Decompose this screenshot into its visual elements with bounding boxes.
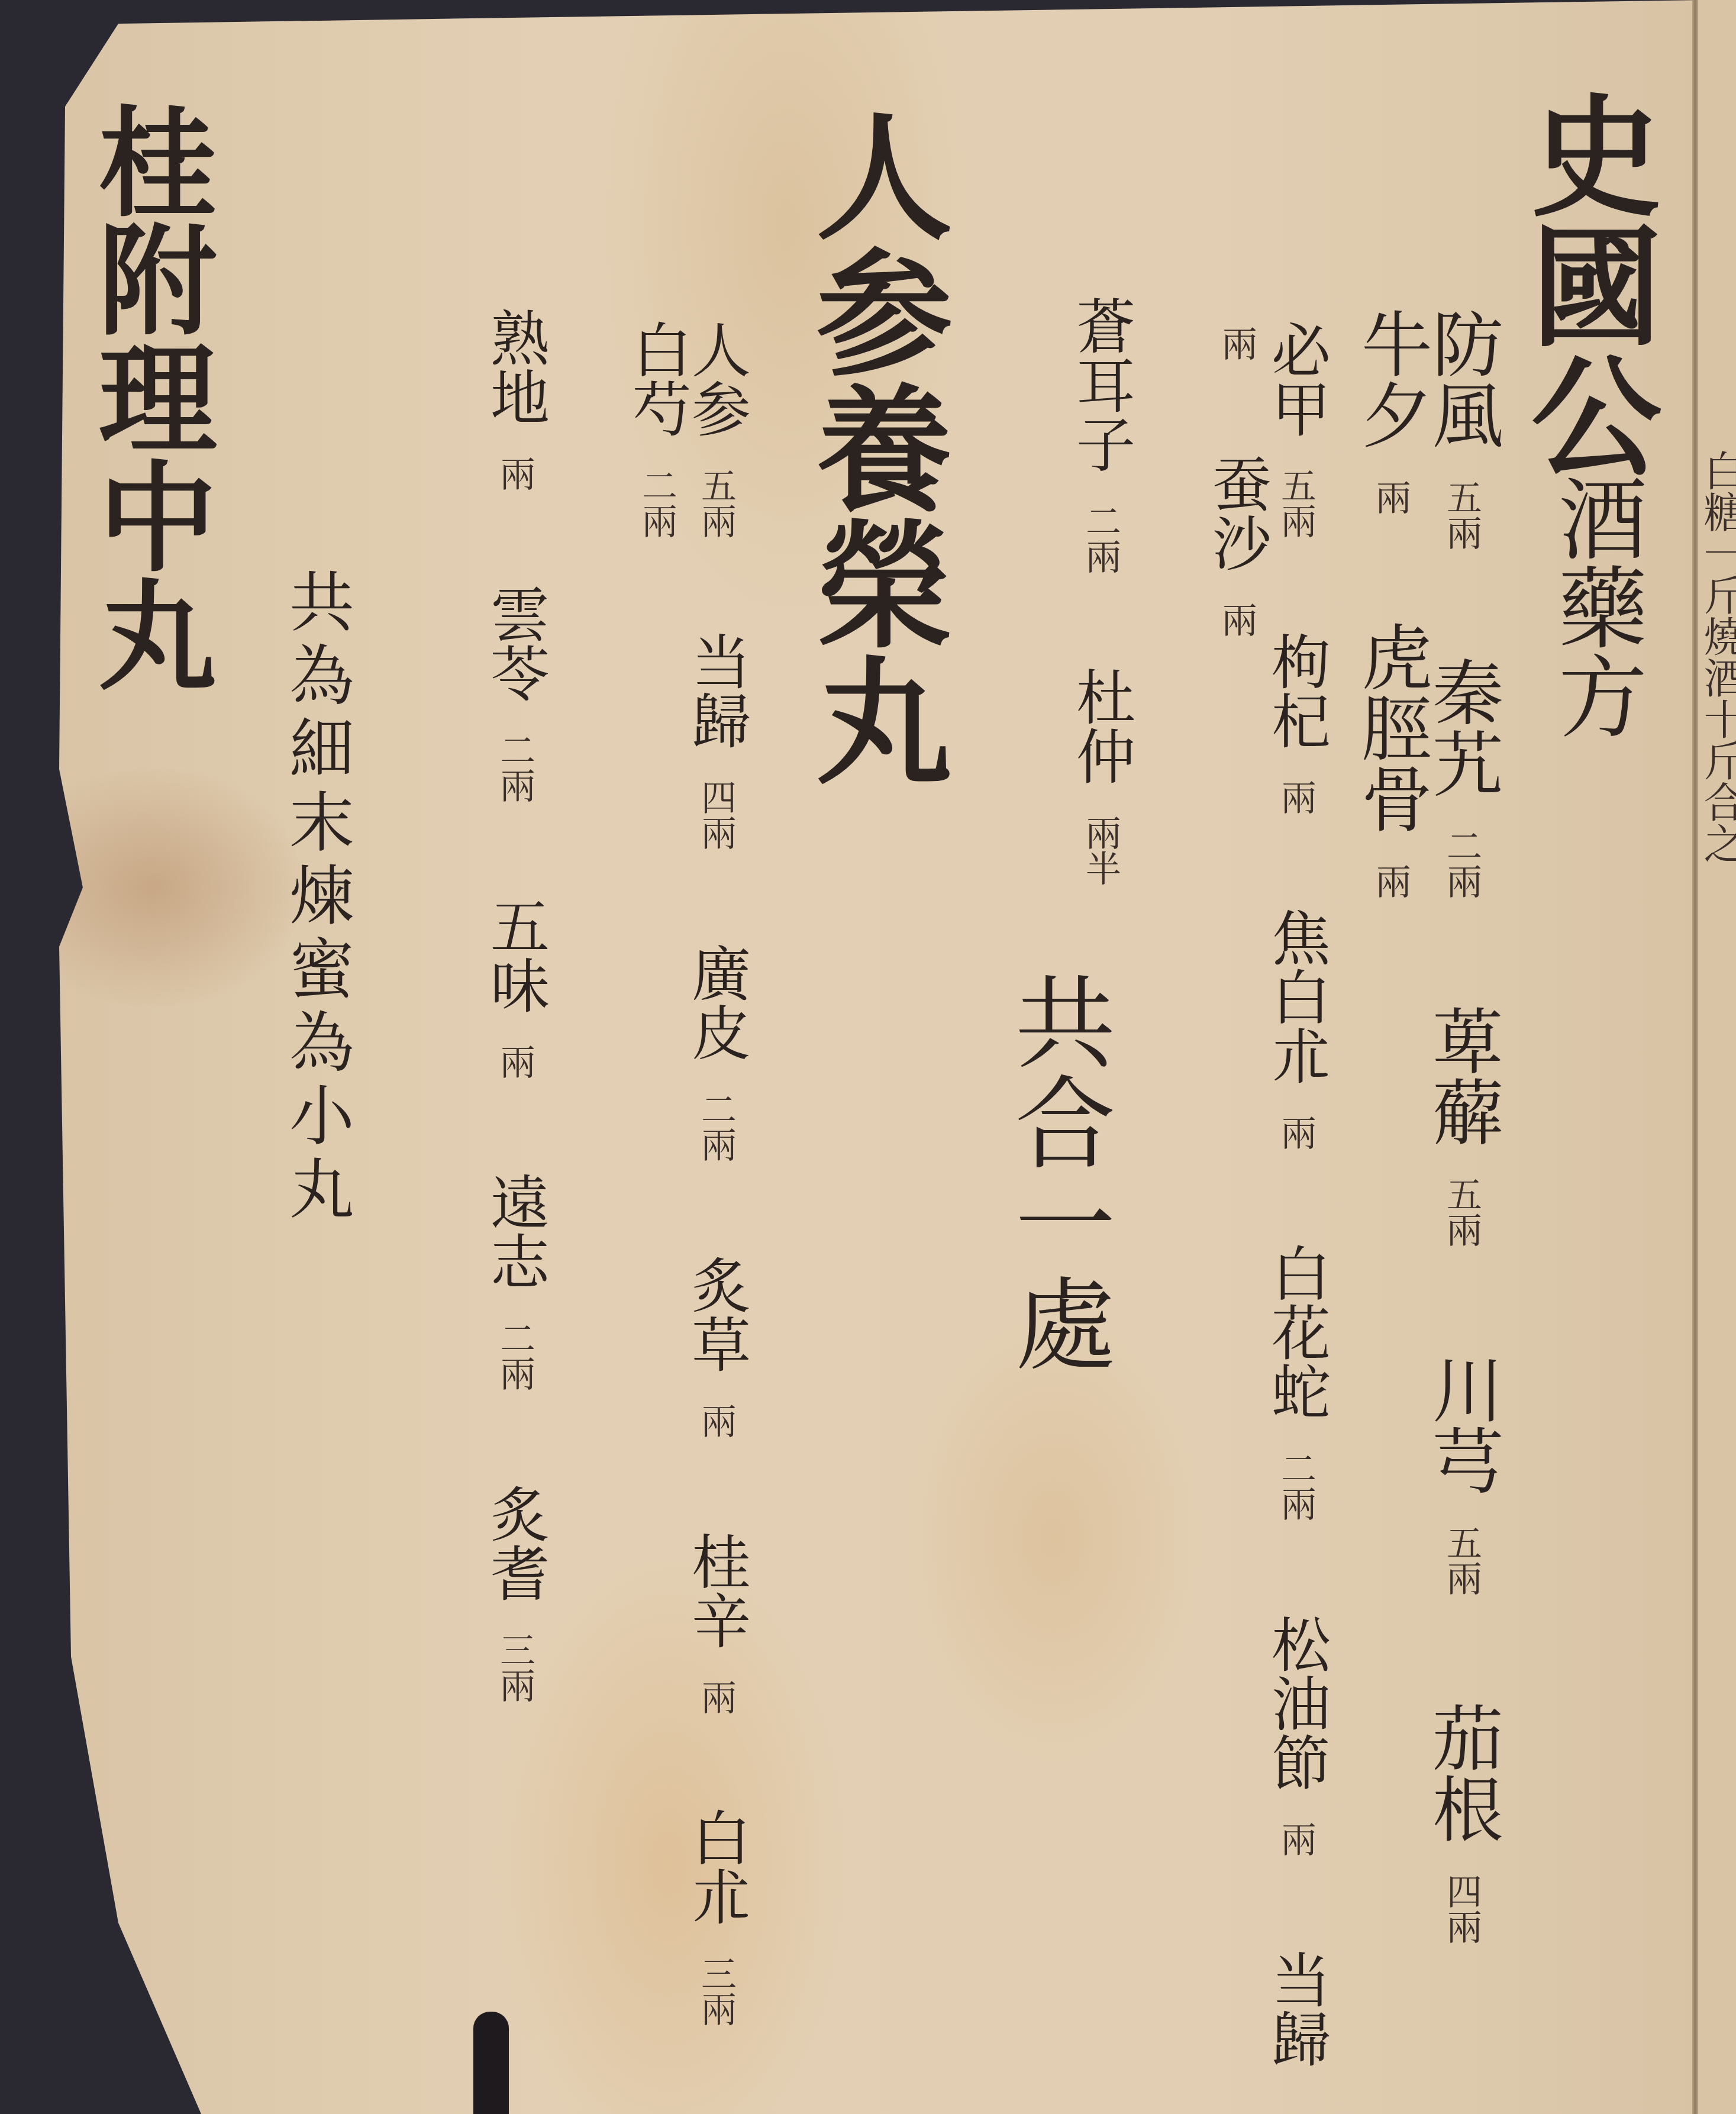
ingredient-name: 枸杞 [1266,631,1325,750]
recipe-instruction: 共為細末煉蜜為小丸 [284,568,349,1228]
recipe-subtitle-jiuyaofang: 酒藥方 [1550,473,1639,740]
ingredient-name: 虎脛骨 [1355,621,1426,834]
ingredient-qty: 五兩 [1444,1525,1479,1596]
ingredient-qty: 四兩 [698,779,734,850]
book-gutter [1692,0,1698,2114]
ingredient-qty: 二兩 [1083,503,1118,574]
ingredient-qty: 兩 [497,1044,533,1079]
ingredient-qty: 二兩 [497,1320,533,1391]
recipe-title-guifu-lizhong: 桂附理中丸 [89,101,207,692]
ingredient-qty: 二兩 [1278,1450,1314,1521]
ingredient-name: 杜仲 [1071,667,1130,785]
ingredient-qty: 兩 [497,456,533,491]
ingredient-name: 牛夕 [1355,308,1426,450]
ingredient-qty: 兩 [1278,779,1314,815]
ingredient-qty: 二兩 [1444,828,1479,899]
ingredient-name: 廣皮 [686,943,746,1061]
ingredient-name: 蒼耳子 [1071,296,1130,473]
ingredient-qty: 兩半 [1083,815,1118,886]
ingredient-qty: 兩 [1219,602,1254,637]
ingredient-qty: 二兩 [639,467,675,538]
ingredient-qty: 兩 [698,1679,734,1715]
ingredient-name: 五味 [485,896,544,1014]
ingredient-qty: 二兩 [698,1091,734,1162]
ingredient-qty: 五兩 [1444,479,1479,550]
ingredient-qty: 三兩 [497,1632,533,1703]
ingredient-name: 桂辛 [686,1531,746,1650]
ingredient-name: 熟地 [485,308,544,426]
ingredient-qty: 四兩 [1444,1873,1479,1944]
ingredient-name: 秦艽 [1426,656,1497,798]
ingredient-qty: 五兩 [1444,1176,1479,1247]
ingredient-name: 焦白朮 [1266,908,1325,1085]
ingredient-name: 松油節 [1266,1614,1325,1792]
ingredient-column-4: 人参五兩 当歸四兩 廣皮二兩 炙草兩 桂辛兩 白朮三兩 白芍二兩 [627,319,746,2114]
ingredient-qty: 三兩 [698,1955,734,2026]
ingredient-name: 川芎 [1426,1353,1497,1495]
ingredient-qty: 兩 [1373,863,1408,899]
recipe-title-shiguogong: 史國公 [1521,89,1651,479]
ingredient-name: 当歸 [686,631,746,750]
ingredient-column-2: 必甲五兩 枸杞兩 焦白朮兩 白花蛇二兩 松油節兩 当歸兩 蚕沙兩 [1207,319,1325,2114]
ingredient-qty: 二兩 [497,732,533,803]
ingredient-column-3: 蒼耳子二兩 杜仲兩半 [1071,296,1130,909]
ingredient-name: 当歸 [1266,1950,1325,2068]
ingredient-name: 遠志 [485,1172,544,1290]
ingredient-name: 茄根 [1426,1702,1497,1844]
ingredient-name: 白朮 [686,1808,746,1926]
ingredient-qty: 兩 [1278,1821,1314,1857]
ink-mark [473,2012,509,2114]
ingredient-name: 白芍 [627,319,686,438]
ingredient-column-5: 熟地兩 雲苓二兩 五味兩 遠志二兩 炙耆三兩 [485,308,544,1726]
ingredient-name: 炙耆 [485,1484,544,1602]
ingredient-column-1: 防風五兩 秦艽二兩 萆薢五兩 川芎五兩 茄根四兩 牛夕兩 虎脛骨兩 [1355,308,1497,2114]
ingredient-qty: 五兩 [698,467,734,538]
ingredient-qty: 兩 [698,1403,734,1438]
recipe-instruction: 共合一處 [1006,970,1106,1373]
ingredient-name: 人参 [686,319,746,438]
ingredient-name: 雲苓 [485,584,544,702]
ingredient-name: 必甲 [1266,319,1325,438]
ingredient-name: 蚕沙 [1207,454,1266,572]
ingredient-qty: 兩 [1373,479,1408,515]
ingredient-name: 白花蛇 [1266,1243,1325,1421]
adjacent-page-text: 白糖一斤燒酒十斤合之 [1700,450,1736,864]
ingredient-qty: 兩 [1219,325,1254,361]
ingredient-qty: 五兩 [1278,467,1314,538]
ingredient-qty: 兩 [1278,1115,1314,1150]
ingredient-name: 炙草 [686,1255,746,1373]
ingredient-name: 防風 [1426,308,1497,450]
adjacent-page-edge: 白糖一斤燒酒十斤合之 [1698,0,1736,2114]
ingredient-name: 萆薢 [1426,1005,1497,1147]
recipe-title-renshen-yangrong: 人参養榮丸 [805,106,941,787]
